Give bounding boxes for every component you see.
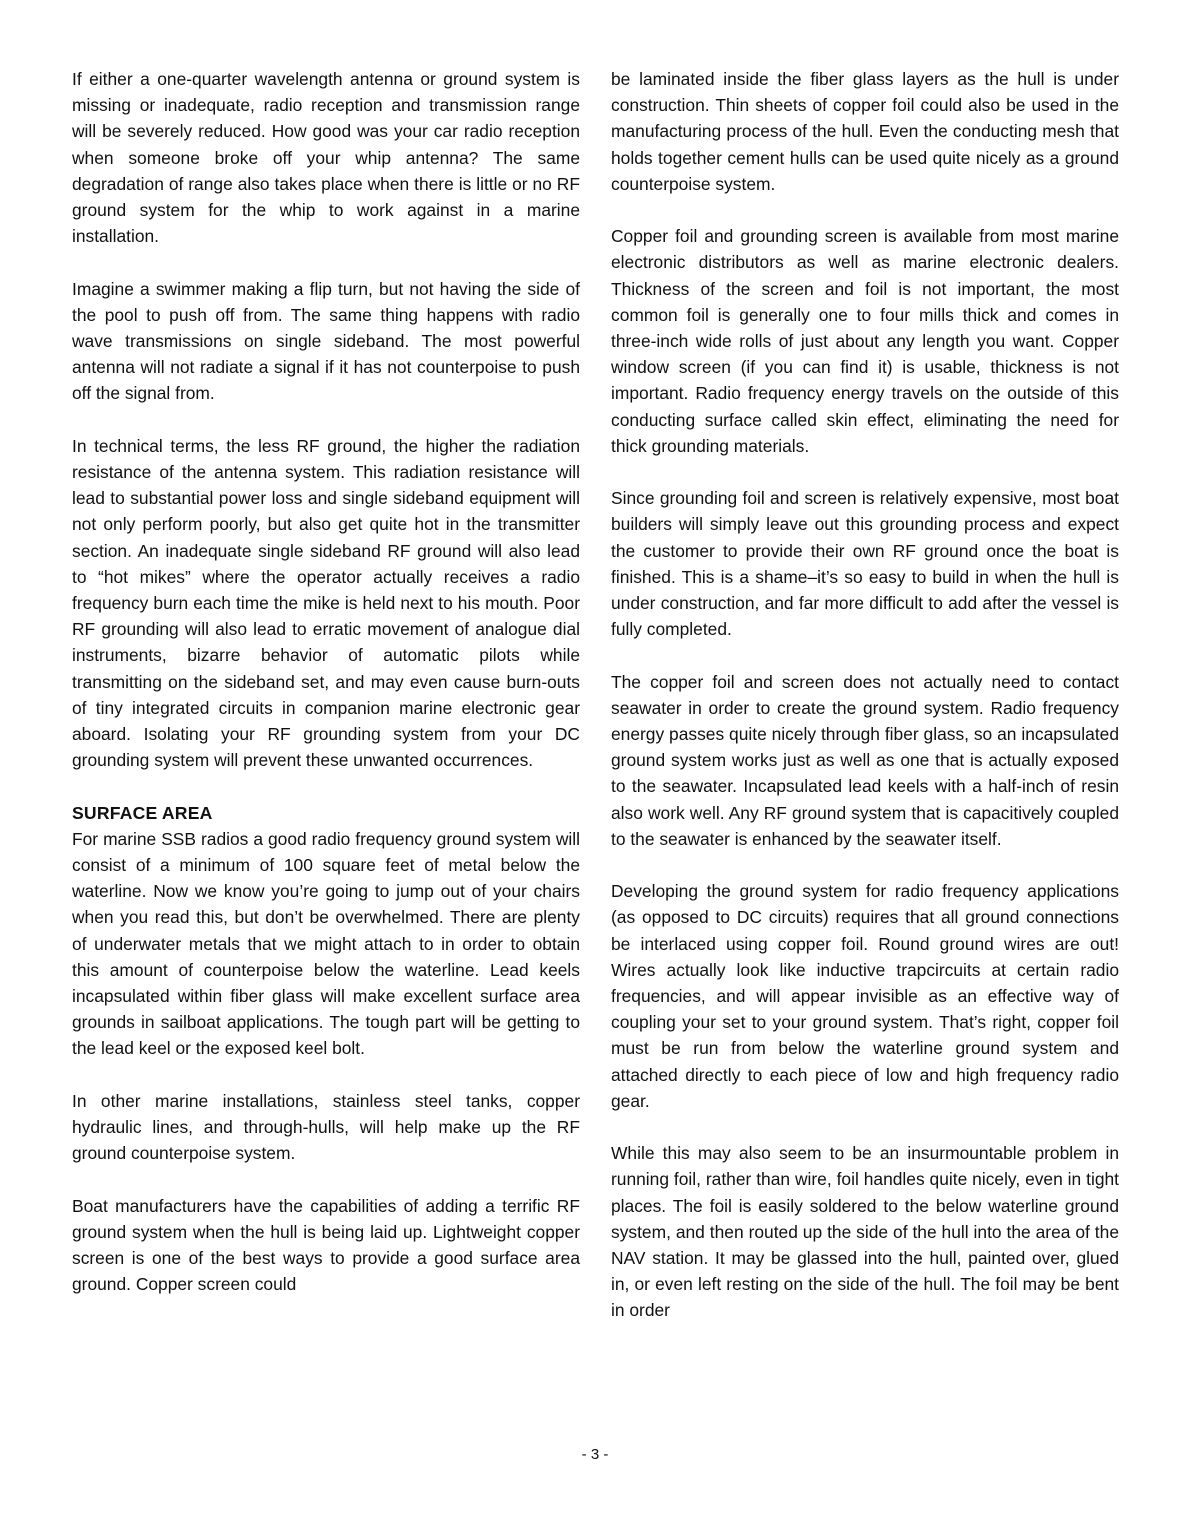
- paragraph-expense: Since grounding foil and screen is relat…: [611, 485, 1119, 642]
- section-heading-surface-area: SURFACE AREA: [72, 800, 580, 826]
- paragraph-seawater-contact: The copper foil and screen does not actu…: [611, 669, 1119, 852]
- right-column: be laminated inside the fiber glass laye…: [611, 66, 1119, 1350]
- paragraph-marine-ssb: For marine SSB radios a good radio frequ…: [72, 826, 580, 1062]
- paragraph-laminated: be laminated inside the fiber glass laye…: [611, 66, 1119, 197]
- paragraph-antenna-ground: If either a one-quarter wavelength anten…: [72, 66, 580, 249]
- paragraph-swimmer-analogy: Imagine a swimmer making a flip turn, bu…: [72, 276, 580, 407]
- paragraph-developing-ground: Developing the ground system for radio f…: [611, 878, 1119, 1114]
- page-number: - 3 -: [0, 1446, 1190, 1463]
- paragraph-copper-foil-availability: Copper foil and grounding screen is avai…: [611, 223, 1119, 459]
- paragraph-boat-manufacturers: Boat manufacturers have the capabilities…: [72, 1193, 580, 1298]
- paragraph-technical-terms: In technical terms, the less RF ground, …: [72, 433, 580, 774]
- left-column: If either a one-quarter wavelength anten…: [72, 66, 580, 1324]
- paragraph-running-foil: While this may also seem to be an insurm…: [611, 1140, 1119, 1323]
- paragraph-other-installations: In other marine installations, stainless…: [72, 1088, 580, 1167]
